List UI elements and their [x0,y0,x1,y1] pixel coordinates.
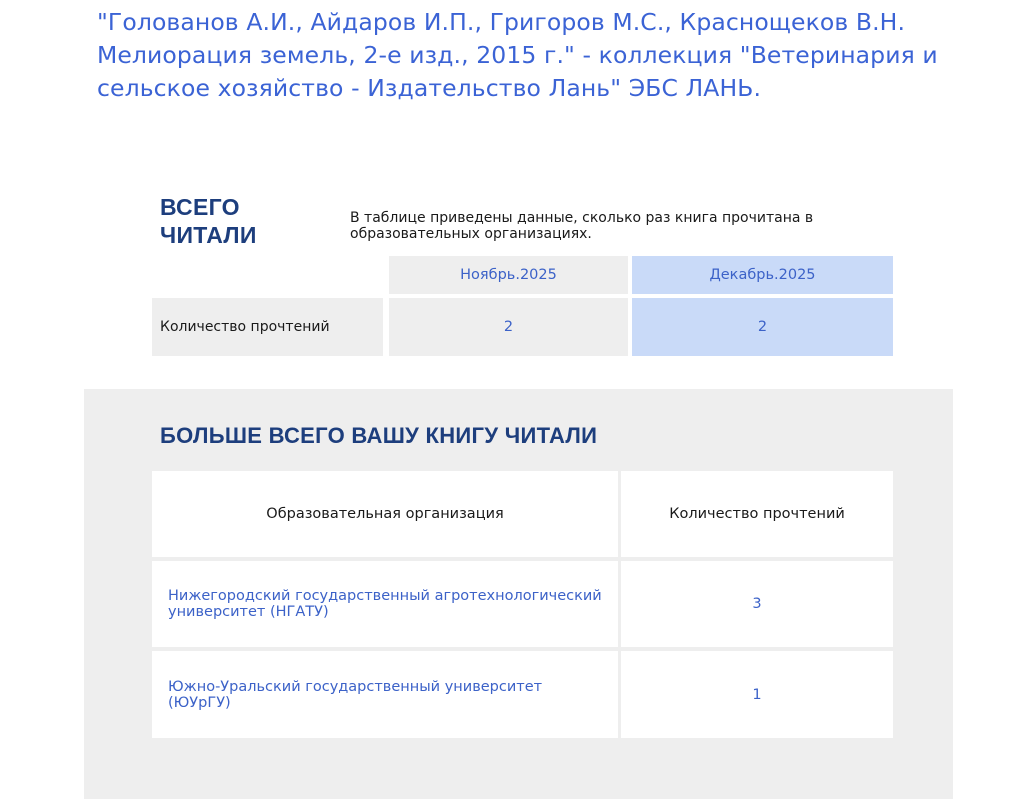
top-readers-heading: БОЛЬШЕ ВСЕГО ВАШУ КНИГУ ЧИТАЛИ [160,421,597,451]
reads-count-december: 2 [632,298,893,356]
column-header-count: Количество прочтений [621,471,893,557]
organization-read-count: 3 [621,561,893,647]
month-header-november: Ноябрь.2025 [389,256,628,294]
reads-count-label: Количество прочтений [152,298,383,356]
organization-link[interactable]: Южно-Уральский государственный университ… [152,651,618,738]
total-reads-heading: ВСЕГО ЧИТАЛИ [160,193,257,249]
column-header-organization: Образовательная организация [152,471,618,557]
reads-count-november: 2 [389,298,628,356]
month-header-december: Декабрь.2025 [632,256,893,294]
organization-link[interactable]: Нижегородский государственный агротехнол… [152,561,618,647]
total-reads-description: В таблице приведены данные, сколько раз … [350,210,830,242]
book-title: "Голованов А.И., Айдаров И.П., Григоров … [97,6,977,105]
total-reads-heading-line1: ВСЕГО [160,194,240,220]
total-reads-heading-line2: ЧИТАЛИ [160,222,257,248]
organization-read-count: 1 [621,651,893,738]
